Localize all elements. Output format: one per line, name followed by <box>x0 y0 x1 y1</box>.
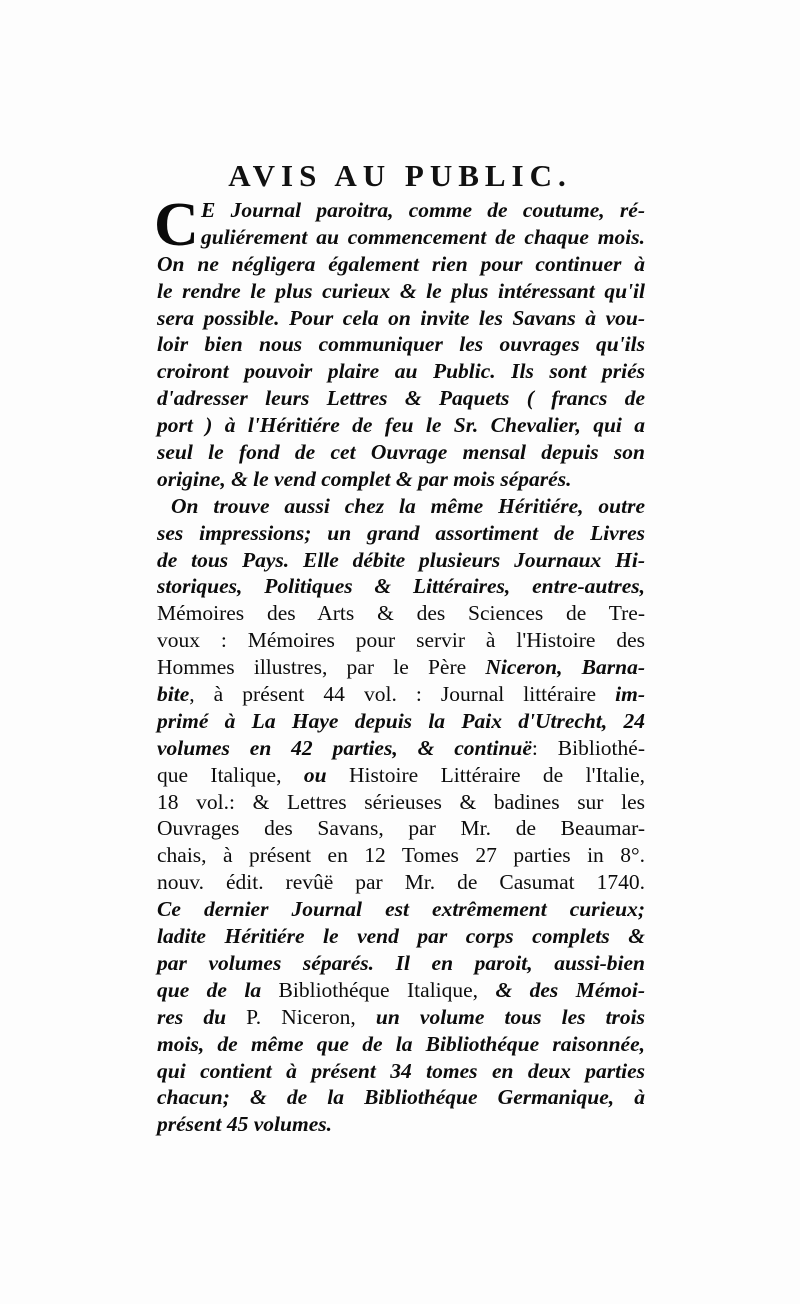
text-segment: ses impressions; un grand assortiment de… <box>157 521 645 545</box>
text-line: guliérement au commencement de chaque mo… <box>157 224 645 251</box>
text-line: qui contient à présent 34 tomes en deux … <box>157 1058 645 1085</box>
text-line: origine, & le vend complet & par mois sé… <box>157 466 645 493</box>
text-segment: im- <box>615 682 645 706</box>
text-line: Hommes illustres, par le Père Niceron, B… <box>157 654 645 681</box>
text-segment: Ce dernier Journal est extrêmement curie… <box>157 897 645 921</box>
text-line: mois, de même que de la Bibliothéque rai… <box>157 1031 645 1058</box>
text-line: E Journal paroitra, comme de coutume, ré… <box>157 197 645 224</box>
text-segment: par volumes séparés. Il en paroit, aussi… <box>157 951 645 975</box>
text-line: que Italique, ou Histoire Littéraire de … <box>157 762 645 789</box>
text-line: On ne négligera également rien pour cont… <box>157 251 645 278</box>
text-line: storiques, Politiques & Littéraires, ent… <box>157 573 645 600</box>
text-line: port ) à l'Héritiére de feu le Sr. Cheva… <box>157 412 645 439</box>
text-segment: On ne négligera également rien pour cont… <box>157 252 645 276</box>
text-line: que de la Bibliothéque Italique, & des M… <box>157 977 645 1004</box>
text-segment: voux : Mémoires pour servir à l'Histoire… <box>157 628 645 652</box>
text-segment: chais, à présent en 12 Tomes 27 parties … <box>157 843 645 867</box>
text-segment: Histoire Littéraire de l'Italie, <box>327 763 645 787</box>
page-title: AVIS AU PUBLIC. <box>150 158 650 194</box>
text-segment: & des Mémoi- <box>495 978 645 1002</box>
text-line: Ce dernier Journal est extrêmement curie… <box>157 896 645 923</box>
text-segment: Hommes illustres, par le Père <box>157 655 485 679</box>
text-line: On trouve aussi chez la même Héritiére, … <box>157 493 645 520</box>
text-segment: Niceron, Barna- <box>485 655 645 679</box>
body-text: E Journal paroitra, comme de coutume, ré… <box>157 197 645 1138</box>
text-segment: un volume tous les trois <box>376 1005 645 1029</box>
text-segment: primé à La Haye depuis la Paix d'Utrecht… <box>157 709 645 733</box>
text-line: nouv. édit. revûë par Mr. de Casumat 174… <box>157 869 645 896</box>
text-line: chacun; & de la Bibliothéque Germanique,… <box>157 1084 645 1111</box>
text-line: chais, à présent en 12 Tomes 27 parties … <box>157 842 645 869</box>
text-line: le rendre le plus curieux & le plus inté… <box>157 278 645 305</box>
text-line: Ouvrages des Savans, par Mr. de Beaumar- <box>157 815 645 842</box>
text-segment: P. Niceron, <box>246 1005 376 1029</box>
document-page: AVIS AU PUBLIC. C E Journal paroitra, co… <box>0 0 800 1304</box>
text-segment: guliérement au commencement de chaque mo… <box>201 225 645 249</box>
text-segment: On trouve aussi chez la même Héritiére, … <box>171 494 645 518</box>
text-line: croiront pouvoir plaire au Public. Ils s… <box>157 358 645 385</box>
text-segment: , à présent 44 vol. : Journal littéraire <box>189 682 615 706</box>
text-line: ses impressions; un grand assortiment de… <box>157 520 645 547</box>
text-line: volumes en 42 parties, & continuë: Bibli… <box>157 735 645 762</box>
text-line: res du P. Niceron, un volume tous les tr… <box>157 1004 645 1031</box>
text-segment: sera possible. Pour cela on invite les S… <box>157 306 645 330</box>
text-line: 18 vol.: & Lettres sérieuses & badines s… <box>157 789 645 816</box>
text-segment: le rendre le plus curieux & le plus inté… <box>157 279 645 303</box>
text-segment: d'adresser leurs Lettres & Paquets ( fra… <box>157 386 645 410</box>
text-line: de tous Pays. Elle débite plusieurs Jour… <box>157 547 645 574</box>
text-line: primé à La Haye depuis la Paix d'Utrecht… <box>157 708 645 735</box>
text-line: bite, à présent 44 vol. : Journal littér… <box>157 681 645 708</box>
text-line: loir bien nous communiquer les ouvrages … <box>157 331 645 358</box>
text-segment: ladite Héritiére le vend par corps compl… <box>157 924 645 948</box>
text-segment: mois, de même que de la Bibliothéque rai… <box>157 1032 645 1056</box>
text-line: seul le fond de cet Ouvrage mensal depui… <box>157 439 645 466</box>
text-segment: : Bibliothé- <box>532 736 645 760</box>
text-segment: seul le fond de cet Ouvrage mensal depui… <box>157 440 645 464</box>
text-segment: Mémoires des Arts & des Sciences de Tre- <box>157 601 645 625</box>
text-segment: Ouvrages des Savans, par Mr. de Beaumar- <box>157 816 645 840</box>
text-segment: chacun; & de la Bibliothéque Germanique,… <box>157 1085 645 1109</box>
text-line: Mémoires des Arts & des Sciences de Tre- <box>157 600 645 627</box>
text-segment: 18 vol.: & Lettres sérieuses & badines s… <box>157 790 645 814</box>
text-segment: que de la <box>157 978 279 1002</box>
text-segment: nouv. édit. revûë par Mr. de Casumat 174… <box>157 870 645 894</box>
text-segment: E Journal paroitra, comme de coutume, ré… <box>201 198 645 222</box>
text-line: ladite Héritiére le vend par corps compl… <box>157 923 645 950</box>
text-segment: croiront pouvoir plaire au Public. Ils s… <box>157 359 645 383</box>
text-segment: res du <box>157 1005 246 1029</box>
text-segment: volumes en 42 parties, & continuë <box>157 736 532 760</box>
text-line: voux : Mémoires pour servir à l'Histoire… <box>157 627 645 654</box>
text-segment: loir bien nous communiquer les ouvrages … <box>157 332 645 356</box>
text-segment: origine, & le vend complet & par mois sé… <box>157 467 571 491</box>
text-segment: de tous Pays. Elle débite plusieurs Jour… <box>157 548 645 572</box>
text-segment: storiques, Politiques & Littéraires, ent… <box>157 574 645 598</box>
text-segment: port ) à l'Héritiére de feu le Sr. Cheva… <box>157 413 645 437</box>
text-segment: que Italique, <box>157 763 304 787</box>
text-line: par volumes séparés. Il en paroit, aussi… <box>157 950 645 977</box>
text-line: d'adresser leurs Lettres & Paquets ( fra… <box>157 385 645 412</box>
text-segment: présent 45 volumes. <box>157 1112 332 1136</box>
text-segment: qui contient à présent 34 tomes en deux … <box>157 1059 645 1083</box>
text-segment: Bibliothéque Italique, <box>279 978 496 1002</box>
text-line: présent 45 volumes. <box>157 1111 645 1138</box>
text-segment: ou <box>304 763 327 787</box>
text-line: sera possible. Pour cela on invite les S… <box>157 305 645 332</box>
text-segment: bite <box>157 682 189 706</box>
